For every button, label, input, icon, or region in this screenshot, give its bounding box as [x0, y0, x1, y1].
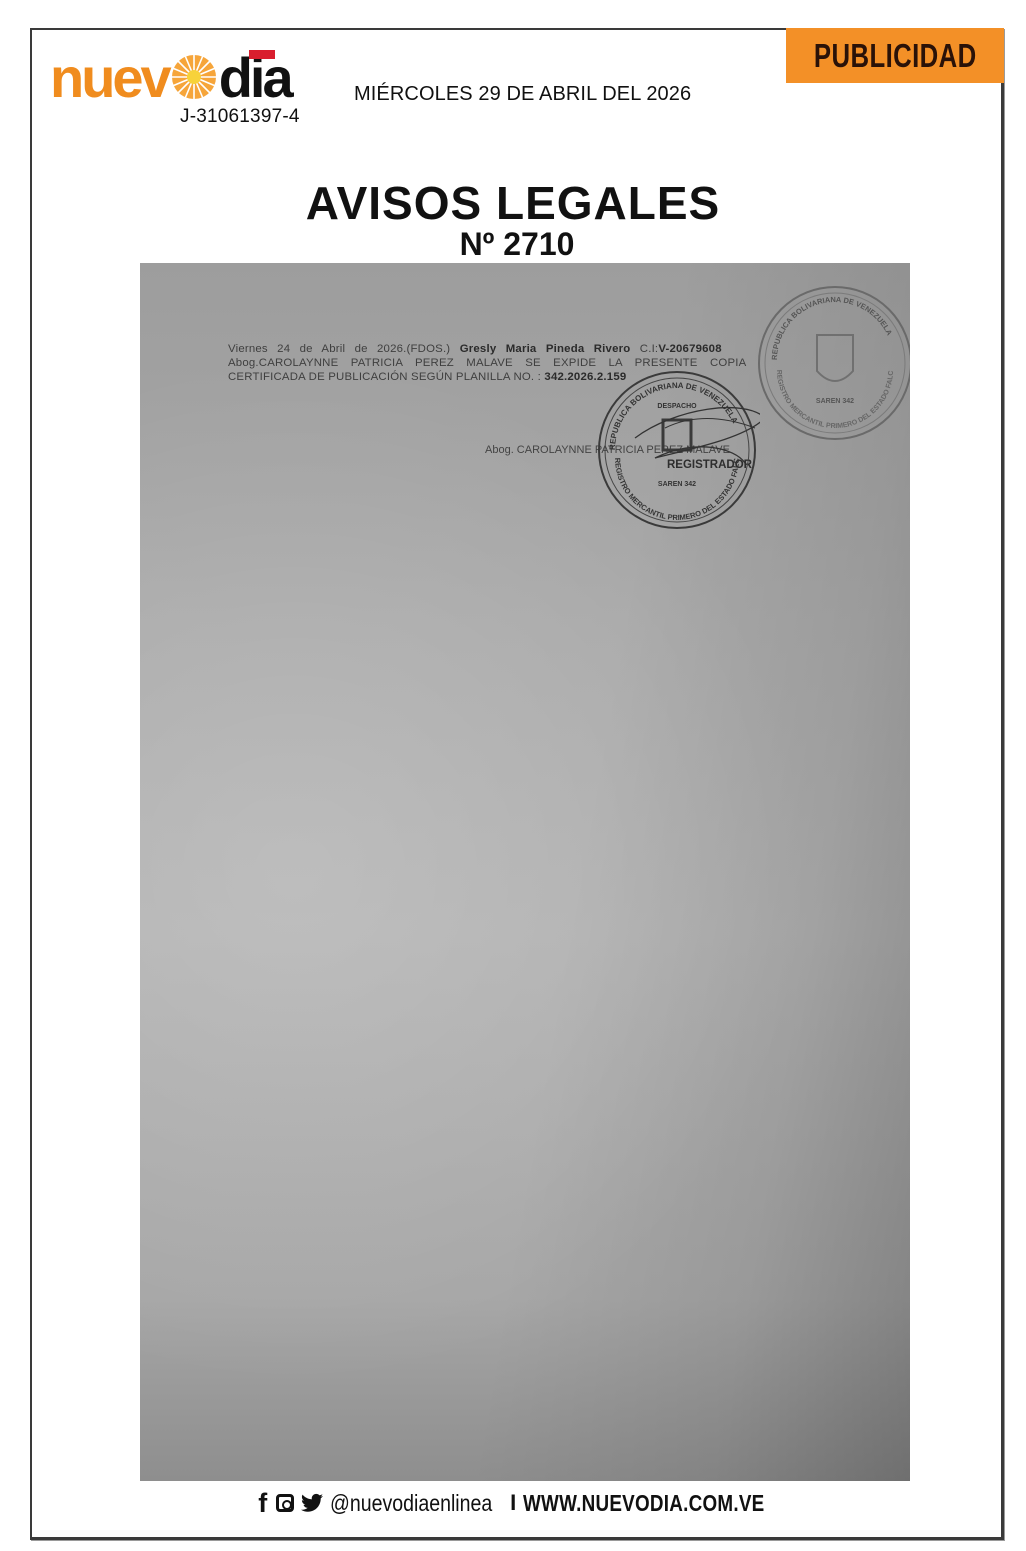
svg-text:REPUBLICA BOLIVARIANA DE VENEZ: REPUBLICA BOLIVARIANA DE VENEZUELA — [770, 295, 894, 360]
section-tag: PUBLICIDAD — [786, 28, 1004, 83]
publication-date: MIÉRCOLES 29 DE ABRIL DEL 2026 — [354, 83, 691, 106]
website-link[interactable]: WWW.NUEVODIA.COM.VE — [523, 1490, 764, 1517]
footer: f @nuevodiaenlinea I WWW.NUEVODIA.COM.VE — [0, 1486, 1026, 1520]
section-tag-label: PUBLICIDAD — [814, 37, 977, 75]
logo-text-nuev: nuev — [50, 54, 169, 102]
notice-number: Nº 2710 — [0, 226, 1026, 263]
edge-stamp-top-left: ZUELA Y NOTARIAS — [140, 318, 210, 483]
footer-separator: I — [510, 1490, 516, 1516]
scan-line-3: CERTIFICADA DE PUBLICACIÓN SEGÚN PLANILL… — [228, 371, 626, 383]
registry-seal-stamp-main: REPUBLICA BOLIVARIANA DE VENEZUELA REGIS… — [595, 368, 760, 533]
company-rif: J-31061397-4 — [180, 106, 300, 128]
registry-seal-stamp-secondary: REPUBLICA BOLIVARIANA DE VENEZUELA REGIS… — [755, 275, 910, 445]
nuevodia-logo: nuev dia — [50, 46, 291, 102]
svg-text:REPUBLICA BOLIVARIANA DE VENEZ: REPUBLICA BOLIVARIANA DE VENEZUELA — [608, 381, 740, 450]
facebook-icon[interactable]: f — [258, 1488, 267, 1519]
svg-text:DESPACHO: DESPACHO — [657, 403, 697, 410]
instagram-icon[interactable] — [276, 1494, 294, 1512]
twitter-icon[interactable] — [301, 1493, 323, 1513]
logo-text-dia: dia — [219, 54, 291, 102]
page-title: AVISOS LEGALES — [0, 176, 1026, 230]
edge-stamp-middle-left: ZUELA — [140, 978, 195, 1108]
sun-logo-icon — [170, 53, 218, 101]
scan-line-1: Viernes 24 de Abril de 2026.(FDOS.) Gres… — [228, 343, 722, 355]
edge-stamp-bottom-left — [140, 1391, 180, 1481]
logo-accent-bar — [249, 50, 275, 59]
svg-text:SAREN 342: SAREN 342 — [816, 398, 854, 405]
svg-text:SAREN 342: SAREN 342 — [658, 481, 696, 488]
scanned-document: ZUELA Y NOTARIAS ZUELA Viernes 24 de Abr… — [140, 263, 910, 1481]
social-handle[interactable]: @nuevodiaenlinea — [330, 1490, 492, 1517]
